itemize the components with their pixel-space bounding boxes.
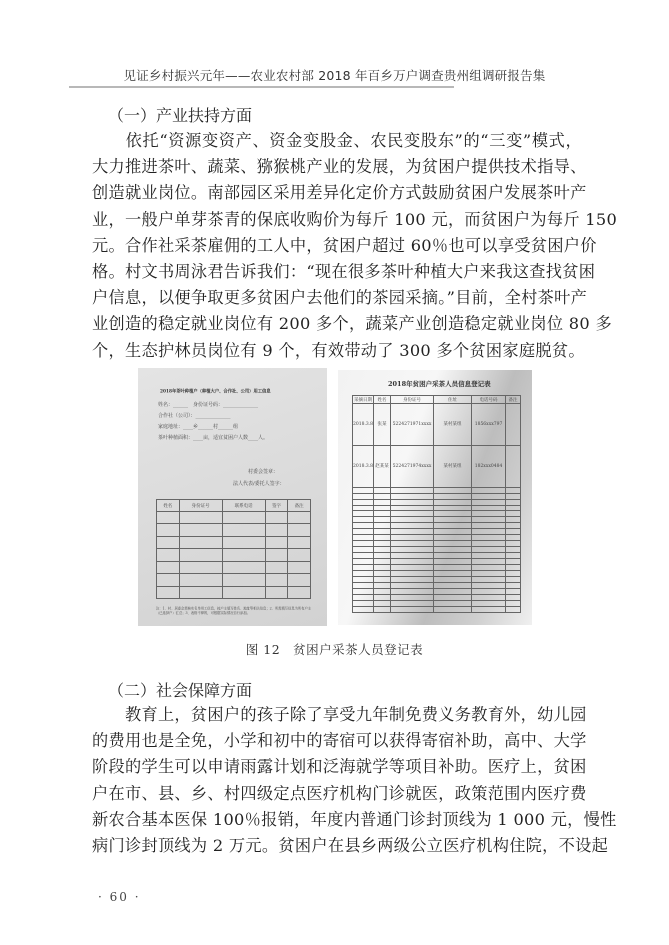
photo-employment-form: 2018年茶叶种植户（种植大户、合作社、公司）用工信息 姓名：______ 身份… [138,368,327,626]
section-heading-industry-support: （一）产业扶持方面 [108,103,252,126]
form-field-name: 姓名：______ 身份证号码：______________ [158,401,258,408]
table-header: 备注 [506,396,521,404]
table-header: 签字 [265,500,288,512]
table-cell: 2018.3.8 [353,404,374,446]
table-row: 2018.3.8 赵某某 5224271974xxxx 某村某组 182xxx0… [353,445,521,487]
form-title: 2018年茶叶种植户（种植大户、合作社、公司）用工信息 [160,388,271,394]
form-seal-line: 村委会签章： [248,468,278,475]
text-line: 创造就业岗位。南部园区采用差异化定价方式鼓励贫困户发展茶叶产 [92,180,582,206]
text-line: 教育上，贫困户的孩子除了享受九年制免费义务教育外，幼儿园 [92,702,582,728]
figure-caption: 图 12 贫困户采茶人员登记表 [0,640,669,658]
table-header: 身份证号 [391,396,434,404]
table-cell: 赵某某 [374,445,391,487]
table-header: 姓名 [157,500,180,512]
table-cell [506,445,521,487]
table-cell: 某村某组 [434,445,472,487]
table-cell: 张某 [374,404,391,446]
table-header: 住址 [434,396,472,404]
text-line: 业创造的稳定就业岗位有 200 多个，蔬菜产业创造稳定就业岗位 80 多 [92,311,582,337]
paragraph-industry-support: 依托“资源变资产、资金变股金、农民变股东”的“三变”模式， 大力推进茶叶、蔬菜、… [92,128,582,364]
table-cell: 2018.3.8 [353,445,374,487]
table-row: 2018.3.8 张某 5224271971xxxx 某村某组 1856xxx7… [353,404,521,446]
table-cell: 5224271974xxxx [391,445,434,487]
table-cell [506,404,521,446]
running-header: 见证乡村振兴元年——农业农村部 2018 年百乡万户调查贵州组调研报告集 [0,66,669,84]
table-cell: 5224271971xxxx [391,404,434,446]
text-line: 大力推进茶叶、蔬菜、猕猴桃产业的发展，为贫困户提供技术指导、 [92,154,582,180]
text-line: 新农合基本医保 100％报销，年度内普通门诊封顶线为 1 000 元，慢性 [92,807,582,833]
table-cell: 某村某组 [434,404,472,446]
table-header: 身份证号 [179,500,222,512]
section-heading-social-security: （二）社会保障方面 [108,678,252,701]
text-line: 病门诊封顶线为 2 万元。贫困户在县乡两级公立医疗机构住院，不设起 [92,833,582,859]
text-line: 户信息，以便争取更多贫困户去他们的茶园采摘。”目前，全村茶叶产 [92,285,582,311]
paragraph-social-security: 教育上，贫困户的孩子除了享受九年制免费义务教育外，幼儿园 的费用也是全免，小学和… [92,702,582,859]
form-sign-line: 法人代表/委托人签字： [233,480,285,487]
table-header: 采摘日期 [353,396,374,404]
table-header: 备注 [288,500,311,512]
table-cell: 1856xxx797 [472,404,506,446]
text-line: 户在市、县、乡、村四级定点医疗机构门诊就医，政策范围内医疗费 [92,781,582,807]
table-header: 电话号码 [472,396,506,404]
text-line: 元。合作社采茶雇佣的工人中，贫困户超过 60％也可以享受贫困户价 [92,233,582,259]
photo-tea-picker-register: 2018年贫困户采茶人员信息登记表 采摘日期 姓名 身份证号 住址 电话号码 备… [338,370,532,625]
text-line: 个，生态护林员岗位有 9 个，有效带动了 300 多个贫困家庭脱贫。 [92,338,582,364]
text-line: 格。村文书周泳君告诉我们：“现在很多茶叶种植大户来我这查找贫困 [92,259,582,285]
form-field-coop: 合作社（公司）：______________ [158,412,231,419]
table-cell: 182xxx0484 [472,445,506,487]
text-line: 的费用也是全免，小学和初中的寄宿可以获得寄宿补助，高中、大学 [92,728,582,754]
text-line: 业，一般户单芽茶青的保底收购价为每斤 100 元，而贫困户为每斤 150 [92,207,582,233]
register-title: 2018年贫困户采茶人员信息登记表 [388,379,491,388]
page-number: · 60 · [98,890,141,904]
form-field-area: 茶叶种植面积：____亩，适宜贫困户人数____人。 [158,434,268,441]
form-table: 姓名 身份证号 联系电话 签字 备注 [156,499,311,599]
text-line: 阶段的学生可以申请雨露计划和泛海就学等项目补助。医疗上，贫困 [92,754,582,780]
table-header: 姓名 [374,396,391,404]
header-rule [69,86,454,88]
register-table: 采摘日期 姓名 身份证号 住址 电话号码 备注 2018.3.8 张某 5224… [352,395,521,613]
form-note: 注：1．村、居委会需核实名单用工信息，按户主填写姓名、地址等相关信息；2．所需填… [156,606,312,615]
form-field-address: 家庭地址：____乡______村______组 [158,423,238,430]
table-header: 联系电话 [222,500,265,512]
text-line: 依托“资源变资产、资金变股金、农民变股东”的“三变”模式， [92,128,582,154]
